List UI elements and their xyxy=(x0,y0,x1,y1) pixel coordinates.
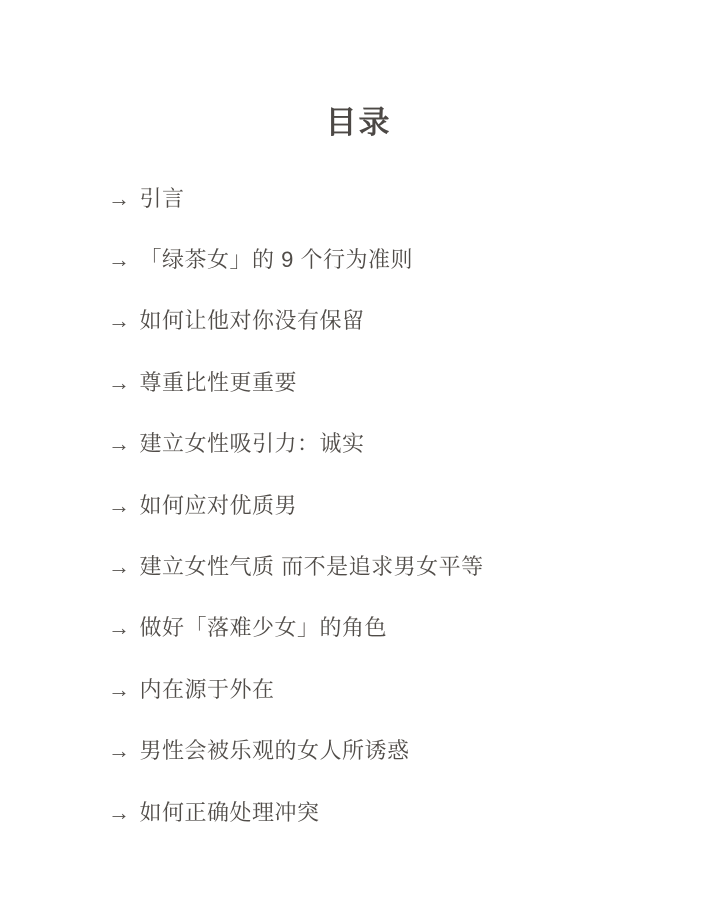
toc-item-label: 「绿茶女」的 9 个行为准则 xyxy=(140,249,413,271)
arrow-right-icon: → xyxy=(108,249,131,271)
toc-page: 目录 → 引言 → 「绿茶女」的 9 个行为准则 → 如何让他对你没有保留 → … xyxy=(0,0,717,922)
arrow-right-icon: → xyxy=(108,802,131,824)
toc-item-femininity[interactable]: → 建立女性气质 而不是追求男女平等 xyxy=(108,536,484,597)
arrow-right-icon: → xyxy=(108,433,131,455)
toc-item-introduction[interactable]: → 引言 xyxy=(108,168,484,229)
arrow-right-icon: → xyxy=(108,679,131,701)
toc-item-label: 如何让他对你没有保留 xyxy=(140,310,365,332)
arrow-right-icon: → xyxy=(108,310,131,332)
toc-list: → 引言 → 「绿茶女」的 9 个行为准则 → 如何让他对你没有保留 → 尊重比… xyxy=(108,168,484,843)
toc-item-label: 如何应对优质男 xyxy=(140,495,298,517)
toc-item-optimism[interactable]: → 男性会被乐观的女人所诱惑 xyxy=(108,721,484,782)
toc-item-label: 男性会被乐观的女人所诱惑 xyxy=(140,740,410,762)
toc-item-label: 做好「落难少女」的角色 xyxy=(140,617,388,639)
toc-item-label: 如何正确处理冲突 xyxy=(140,802,320,824)
toc-item-label: 内在源于外在 xyxy=(140,679,275,701)
toc-item-conflict-handling[interactable]: → 如何正确处理冲突 xyxy=(108,782,484,843)
arrow-right-icon: → xyxy=(108,740,131,762)
arrow-right-icon: → xyxy=(108,617,131,639)
toc-item-label: 建立女性吸引力：诚实 xyxy=(140,433,365,455)
toc-item-label: 建立女性气质 而不是追求男女平等 xyxy=(140,556,484,578)
toc-item-respect[interactable]: → 尊重比性更重要 xyxy=(108,352,484,413)
arrow-right-icon: → xyxy=(108,495,131,517)
toc-item-label: 尊重比性更重要 xyxy=(140,372,298,394)
toc-item-attraction-honesty[interactable]: → 建立女性吸引力：诚实 xyxy=(108,414,484,475)
toc-item-quality-man[interactable]: → 如何应对优质男 xyxy=(108,475,484,536)
toc-item-damsel-role[interactable]: → 做好「落难少女」的角色 xyxy=(108,598,484,659)
page-title: 目录 xyxy=(0,97,717,142)
arrow-right-icon: → xyxy=(108,372,131,394)
toc-item-no-reservation[interactable]: → 如何让他对你没有保留 xyxy=(108,291,484,352)
arrow-right-icon: → xyxy=(108,188,131,210)
toc-item-green-tea-rules[interactable]: → 「绿茶女」的 9 个行为准则 xyxy=(108,229,484,290)
toc-item-label: 引言 xyxy=(140,188,185,210)
arrow-right-icon: → xyxy=(108,556,131,578)
toc-item-inner-from-outer[interactable]: → 内在源于外在 xyxy=(108,659,484,720)
